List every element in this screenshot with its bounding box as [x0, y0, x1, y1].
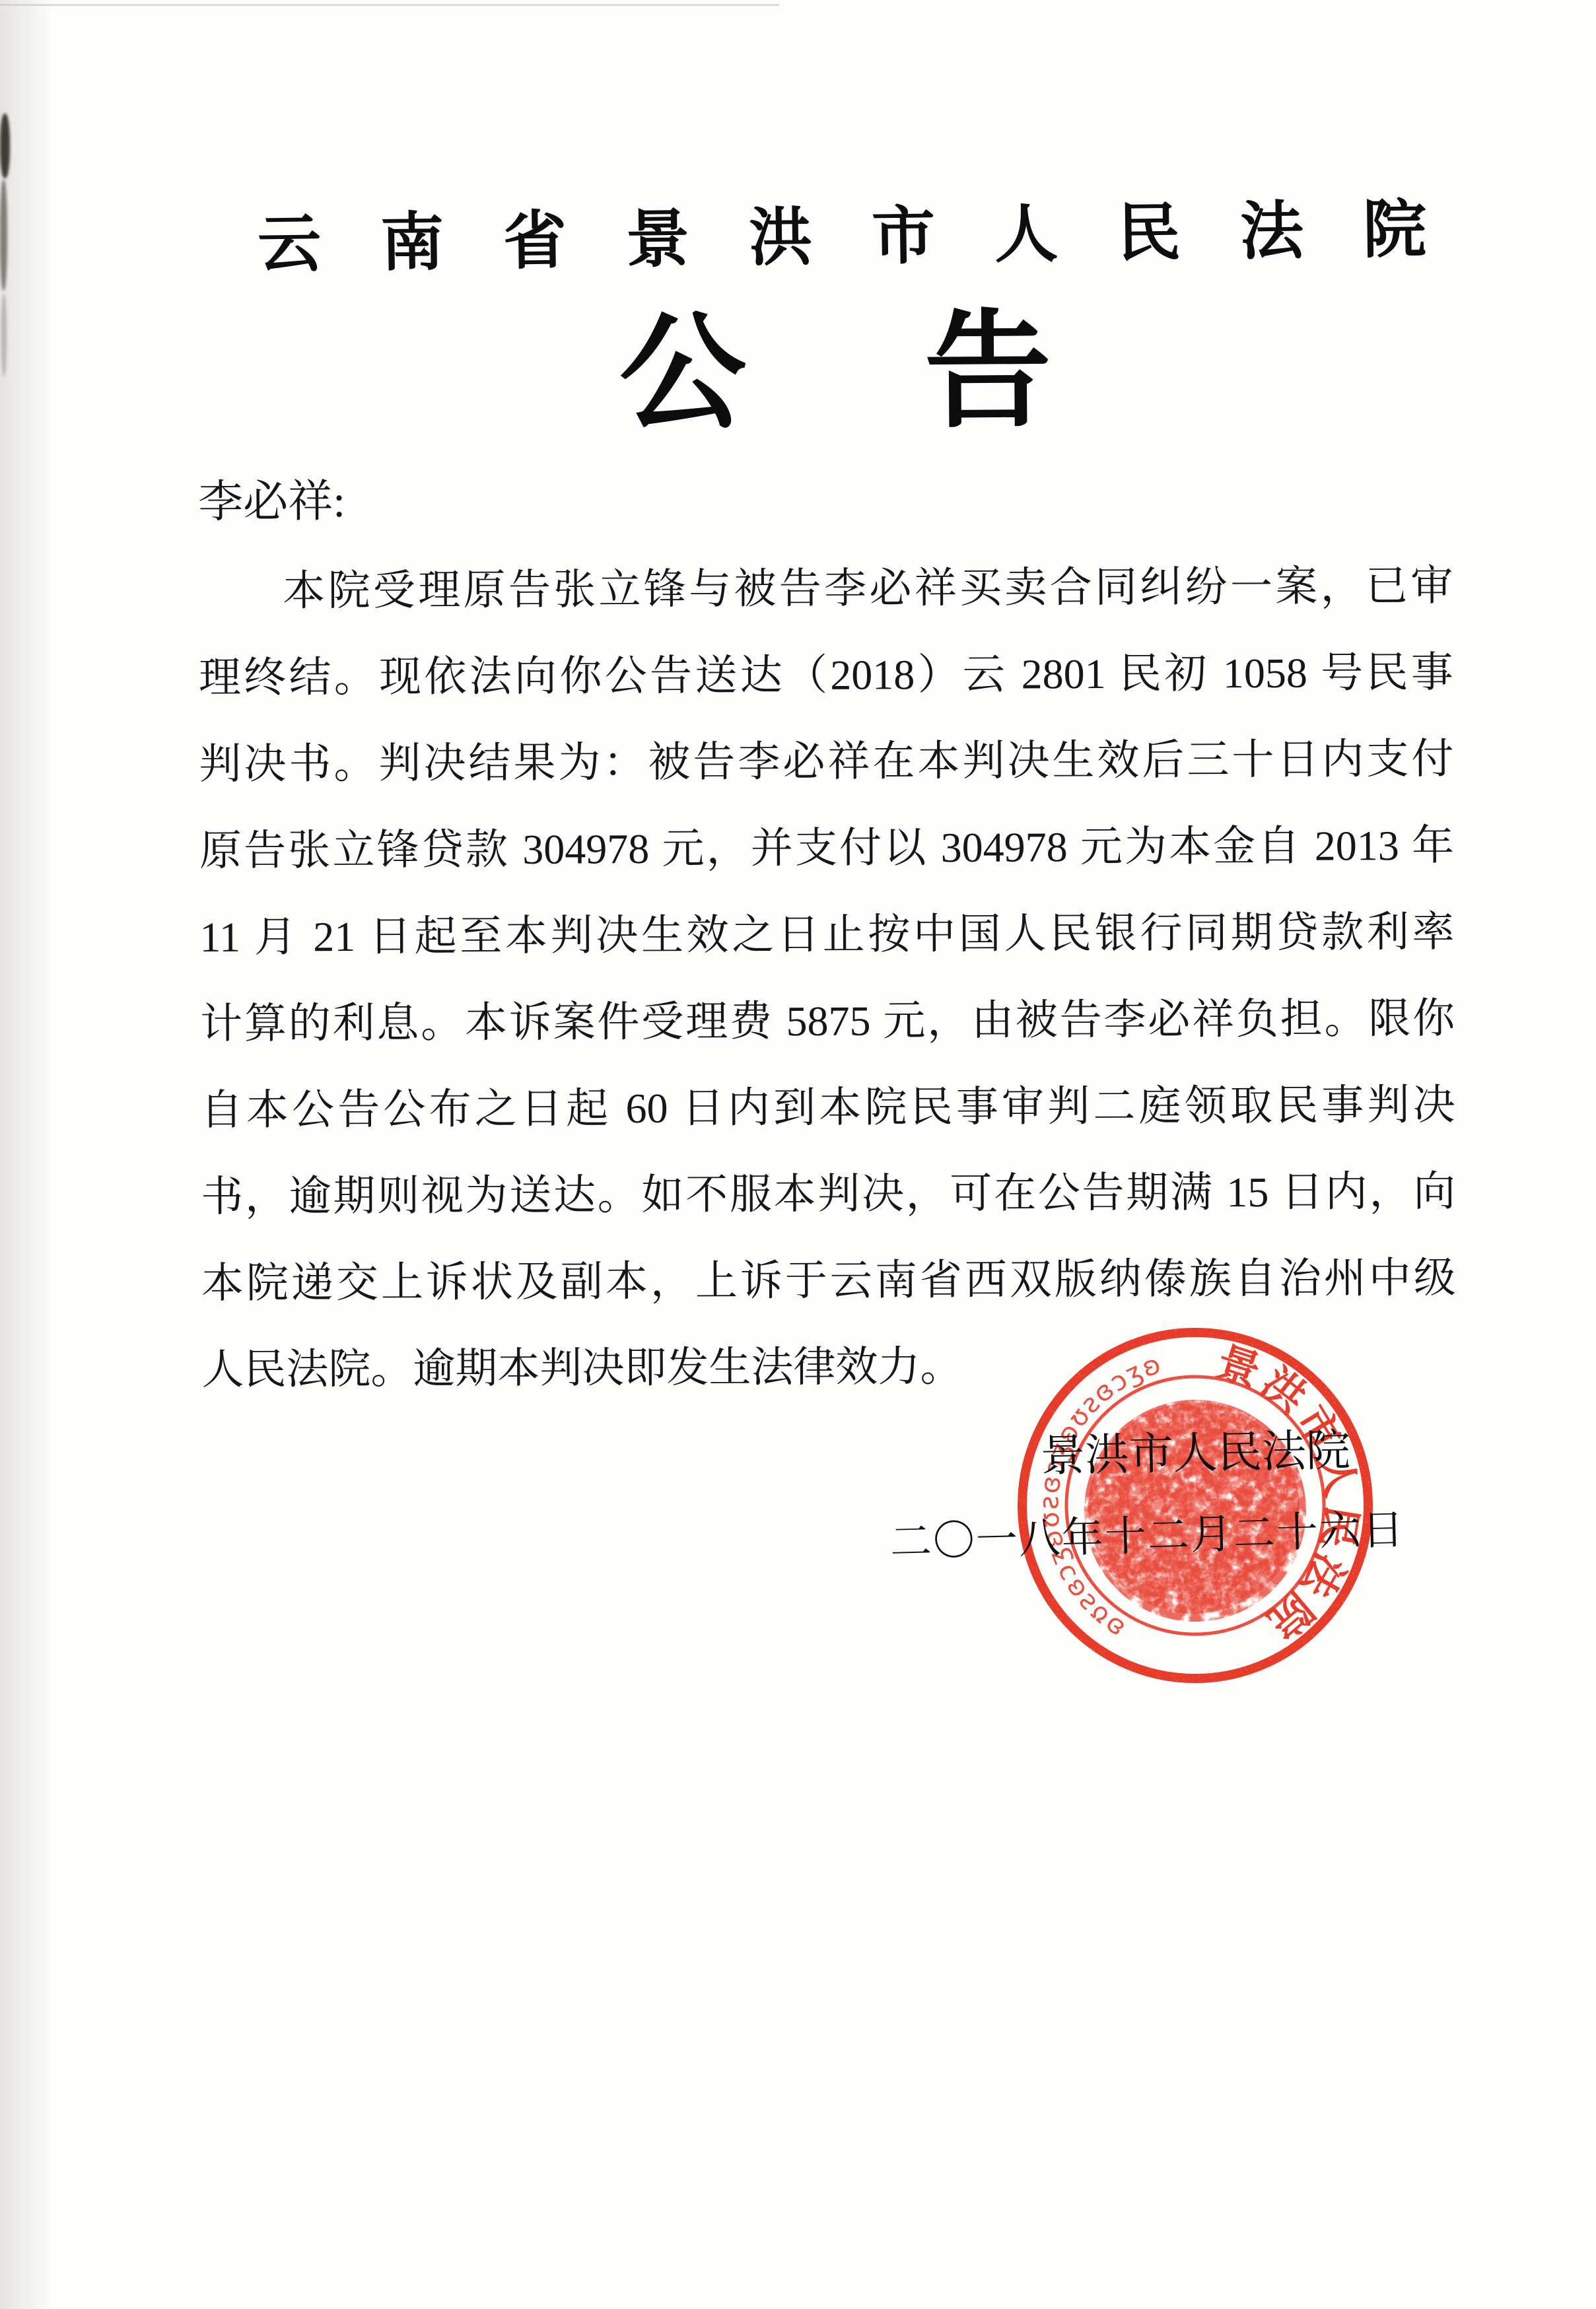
body-line: 计算的利息。本诉案件受理费 5875 元，由被告李必祥负担。限你 [200, 975, 1455, 1067]
body-line: 本院受理原告张立锋与被告李必祥买卖合同纠纷一案，已审 [198, 543, 1453, 635]
document-title: 公 告 [619, 309, 1051, 439]
body-text: 本院受理原告张立锋与被告李必祥买卖合同纠纷一案，已审 理终结。现依法向你公告送达… [198, 543, 1457, 1413]
body-line: 书，逾期则视为送达。如不服本判决，可在公告期满 15 日内，向 [201, 1148, 1456, 1240]
body-line: 判决书。判决结果为：被告李必祥在本判决生效后三十日内支付 [199, 716, 1454, 808]
body-line: 理终结。现依法向你公告送达（2018）云 2801 民初 1058 号民事 [199, 629, 1454, 721]
scan-artifact-smudge [1, 294, 7, 376]
body-line: 本院递交上诉状及副本，上诉于云南省西双版纳傣族自治州中级 [201, 1235, 1457, 1327]
scan-artifact-smudge [0, 114, 10, 178]
title-char-right: 告 [924, 309, 1051, 436]
court-name-heading: 云南省景洪市人民法院 [257, 178, 1486, 285]
scan-artifact-smudge [0, 180, 7, 291]
scan-artifact-top-line [0, 4, 779, 6]
body-line: 11 月 21 日起至本判决生效之日止按中国人民银行同期贷款利率 [199, 889, 1455, 981]
signature-court-name: 景洪市人民法院 [1040, 1426, 1350, 1482]
scan-artifact-left-shade [0, 0, 63, 2309]
announcement-page: 云南省景洪市人民法院 公 告 李必祥: 本院受理原告张立锋与被告李必祥买卖合同纠… [0, 0, 1596, 2309]
court-seal-stamp: 景洪市人民法院 ʚʊƨɞɔʒʚʊƨɞɔʒʚʊƨɞɔʒʚ [1010, 1321, 1380, 1690]
body-line: 自本公告公布之日起 60 日内到本院民事审判二庭领取民事判决 [200, 1062, 1455, 1154]
title-char-left: 公 [619, 311, 746, 438]
body-line: 原告张立锋贷款 304978 元，并支付以 304978 元为本金自 2013 … [199, 802, 1455, 894]
salutation: 李必祥: [198, 475, 345, 530]
